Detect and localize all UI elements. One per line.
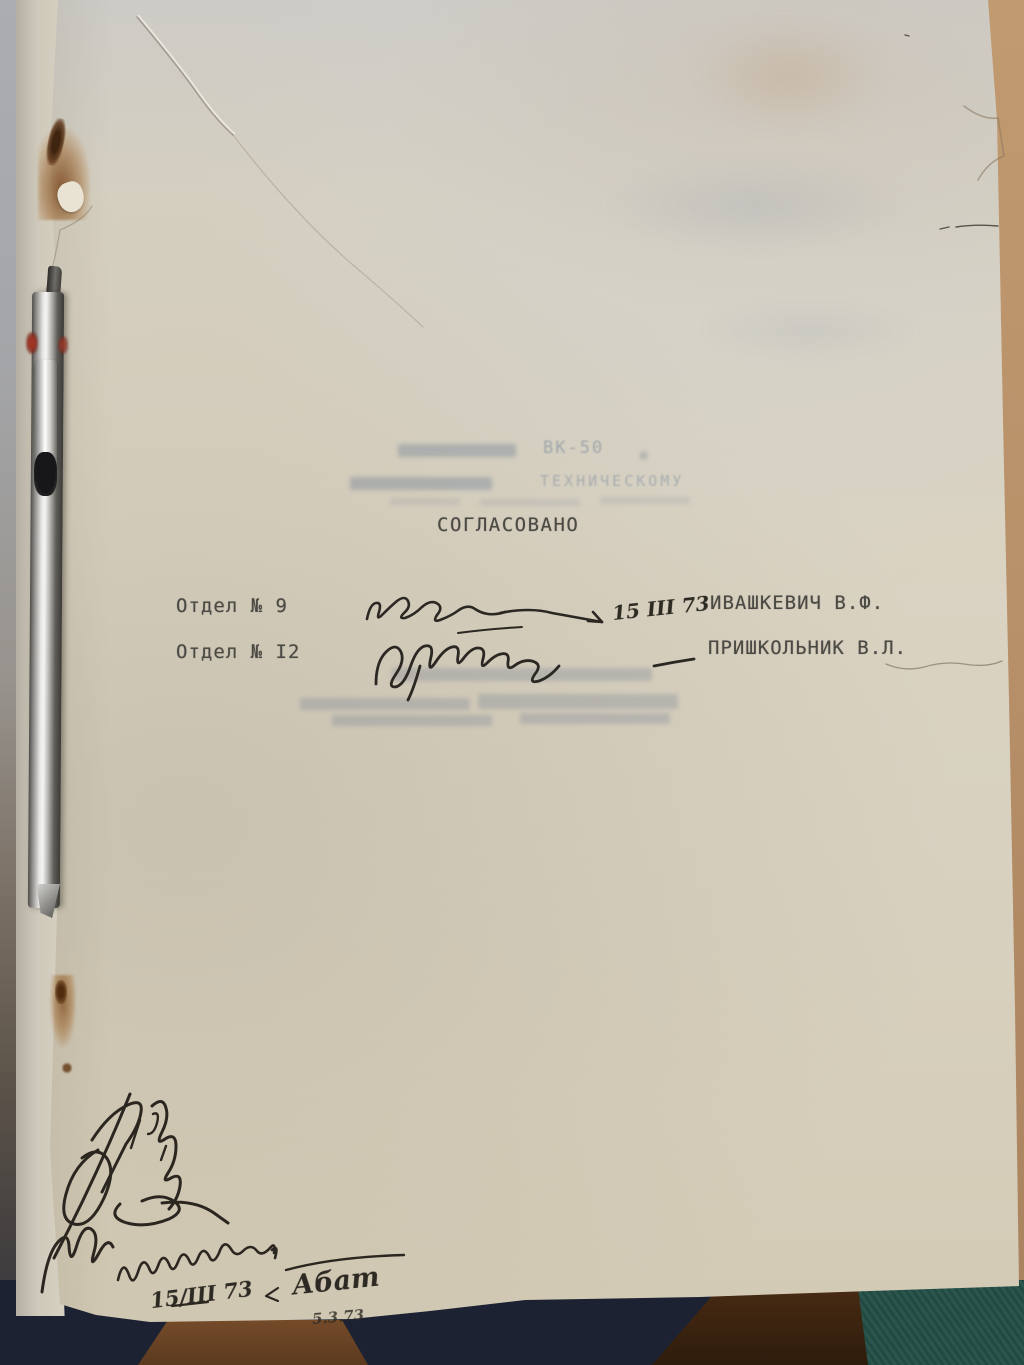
- rust-stain-bottom-core: [55, 980, 67, 1004]
- signatory-name-row2: ПРИШКОЛЬНИК В.Л.: [708, 637, 907, 659]
- red-ink-mark: [58, 336, 68, 354]
- ghost-text-smudge: [392, 668, 652, 681]
- approval-stamp-heading: СОГЛАСОВАНО: [437, 514, 579, 536]
- pencil-smudge: [700, 300, 920, 360]
- ghost-text-smudge: [480, 499, 580, 506]
- ghost-text-line2: ТЕХНИЧЕСКОМУ: [540, 472, 684, 490]
- ghost-text-smudge: [350, 477, 492, 490]
- ghost-text-smudge: [390, 498, 460, 505]
- photo-of-archival-document: ВК-50 ТЕХНИЧЕСКОМУ СОГЛАСОВАНО Отдел № 9…: [0, 0, 1024, 1365]
- ghost-text-line1: ВК-50: [543, 438, 604, 458]
- ghost-text-smudge: [478, 694, 678, 709]
- ghost-text-smudge: [398, 444, 516, 457]
- signatory-name-row1: ИВАШКЕВИЧ В.Ф.: [710, 592, 884, 614]
- department-label-row1: Отдел № 9: [176, 595, 288, 617]
- ghost-text-smudge: [520, 713, 670, 724]
- paper-discoloration: [690, 20, 890, 130]
- ghost-text-smudge: [640, 452, 647, 459]
- red-ink-mark: [26, 332, 38, 354]
- ghost-text-smudge: [332, 715, 492, 726]
- rust-stain-dot: [62, 1062, 72, 1074]
- ghost-text-smudge: [600, 497, 690, 504]
- department-label-row2: Отдел № I2: [176, 641, 300, 663]
- ghost-text-smudge: [300, 698, 470, 710]
- pencil-smudge: [600, 160, 910, 250]
- fastener-dark-notch: [34, 452, 57, 496]
